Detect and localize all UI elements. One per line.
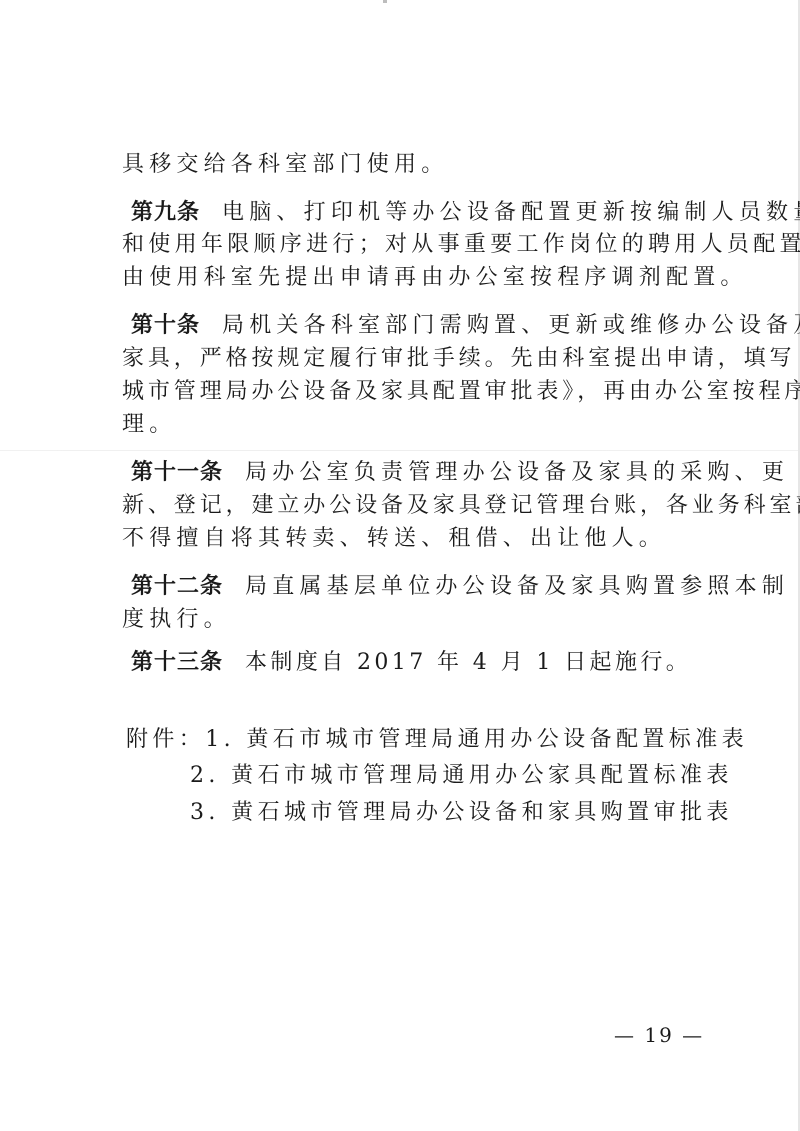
article-10-line-2: 家具，严格按规定履行审批手续。先由科室提出申请，填写《市 (122, 345, 800, 373)
article-11-line-3: 不得擅自将其转卖、转送、租借、出让他人。 (122, 525, 666, 553)
article-10-line-4: 理。 (122, 411, 176, 439)
scan-mark (383, 0, 387, 3)
article-9-line-3: 由使用科室先提出申请再由办公室按程序调剂配置。 (122, 264, 748, 292)
attachments-line-1: 附件：1. 黄石市城市管理局通用办公设备配置标准表 (126, 726, 748, 754)
article-12-line-2: 度执行。 (122, 606, 231, 634)
article-12-line-1: 第十二条局直属基层单位办公设备及家具购置参照本制 (131, 573, 789, 601)
page-number: — 19 — (614, 1022, 704, 1048)
article-9-line-2: 和使用年限顺序进行；对从事重要工作岗位的聘用人员配置事宜 (122, 231, 800, 259)
attachment-item-2: 2. 黄石市城市管理局通用办公家具配置标准表 (190, 762, 733, 790)
article-11-text-1: 局办公室负责管理办公设备及家具的采购、更 (245, 460, 789, 485)
paragraph-continuation: 具移交给各科室部门使用。 (122, 151, 448, 179)
scan-artifact-line (0, 450, 800, 451)
article-13-text-1: 本制度自 2017 年 4 月 1 日起施行。 (245, 650, 691, 675)
article-11-line-1: 第十一条局办公室负责管理办公设备及家具的采购、更 (131, 459, 789, 487)
attachment-item-1: 1. 黄石市城市管理局通用办公设备配置标准表 (205, 727, 748, 752)
document-page: 具移交给各科室部门使用。 第九条电脑、打印机等办公设备配置更新按编制人员数量 和… (0, 0, 800, 1131)
article-10-text-1: 局机关各科室部门需购置、更新或维修办公设备及 (222, 313, 800, 338)
article-12-heading: 第十二条 (131, 574, 223, 599)
article-11-line-2: 新、登记，建立办公设备及家具登记管理台账，各业务科室部门 (122, 492, 800, 520)
attachment-item-3: 3. 黄石城市管理局办公设备和家具购置审批表 (190, 799, 733, 827)
article-12-text-1: 局直属基层单位办公设备及家具购置参照本制 (245, 574, 789, 599)
article-9-heading: 第九条 (131, 200, 200, 225)
article-10-heading: 第十条 (131, 313, 200, 338)
attachments-label: 附件： (126, 727, 205, 752)
article-13-heading: 第十三条 (131, 650, 223, 675)
article-10-line-3: 城市管理局办公设备及家具配置审批表》，再由办公室按程序办 (122, 378, 800, 406)
article-11-heading: 第十一条 (131, 460, 223, 485)
article-13-line-1: 第十三条本制度自 2017 年 4 月 1 日起施行。 (131, 649, 691, 677)
article-9-text-1: 电脑、打印机等办公设备配置更新按编制人员数量 (222, 200, 800, 225)
article-10-line-1: 第十条局机关各科室部门需购置、更新或维修办公设备及 (131, 312, 800, 340)
article-9-line-1: 第九条电脑、打印机等办公设备配置更新按编制人员数量 (131, 199, 800, 227)
